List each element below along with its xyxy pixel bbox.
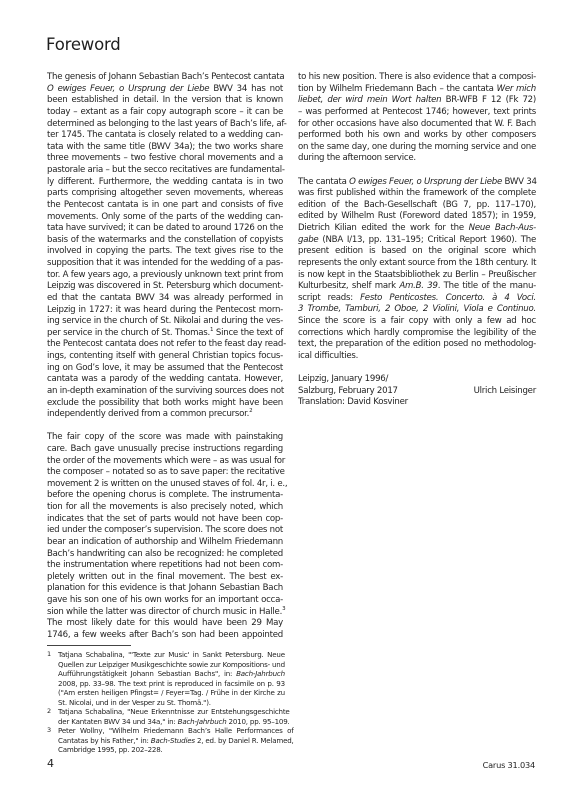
author-name: Ulrich Leisinger [474, 386, 536, 398]
translator-credit: Translation: David Kosviner [298, 397, 536, 409]
paragraph: to his new position. There is also evide… [298, 72, 536, 165]
footnote: 3Peter Wollny, "Wilhelm Friedemann Bach’… [47, 726, 283, 755]
signature-block: Leipzig, January 1996/ Salzburg, Februar… [298, 374, 536, 409]
page-number: 4 [47, 757, 54, 770]
paragraph: The fair copy of the score was made with… [47, 432, 283, 641]
footnote-divider [47, 645, 131, 646]
page-title: Foreword [46, 35, 121, 54]
place-date-2: Salzburg, February 2017 [298, 386, 398, 398]
footnote: 1Tatjana Schabalina, "'Texte zur Music' … [47, 650, 283, 707]
place-date-1: Leipzig, January 1996/ [298, 374, 536, 386]
left-column: The genesis of Johann Sebastian Bach’s P… [47, 72, 283, 653]
paragraph: The genesis of Johann Sebastian Bach’s P… [47, 72, 283, 421]
right-column: to his new position. There is also evide… [298, 72, 536, 409]
footnotes: 1Tatjana Schabalina, "'Texte zur Music' … [47, 650, 283, 755]
footnote: 2Tatjana Schabalina, "Neue Erkenntnisse … [47, 707, 283, 726]
paragraph: The cantata O ewiges Feuer, o Ursprung d… [298, 177, 536, 363]
catalog-number: Carus 31.034 [483, 760, 535, 770]
